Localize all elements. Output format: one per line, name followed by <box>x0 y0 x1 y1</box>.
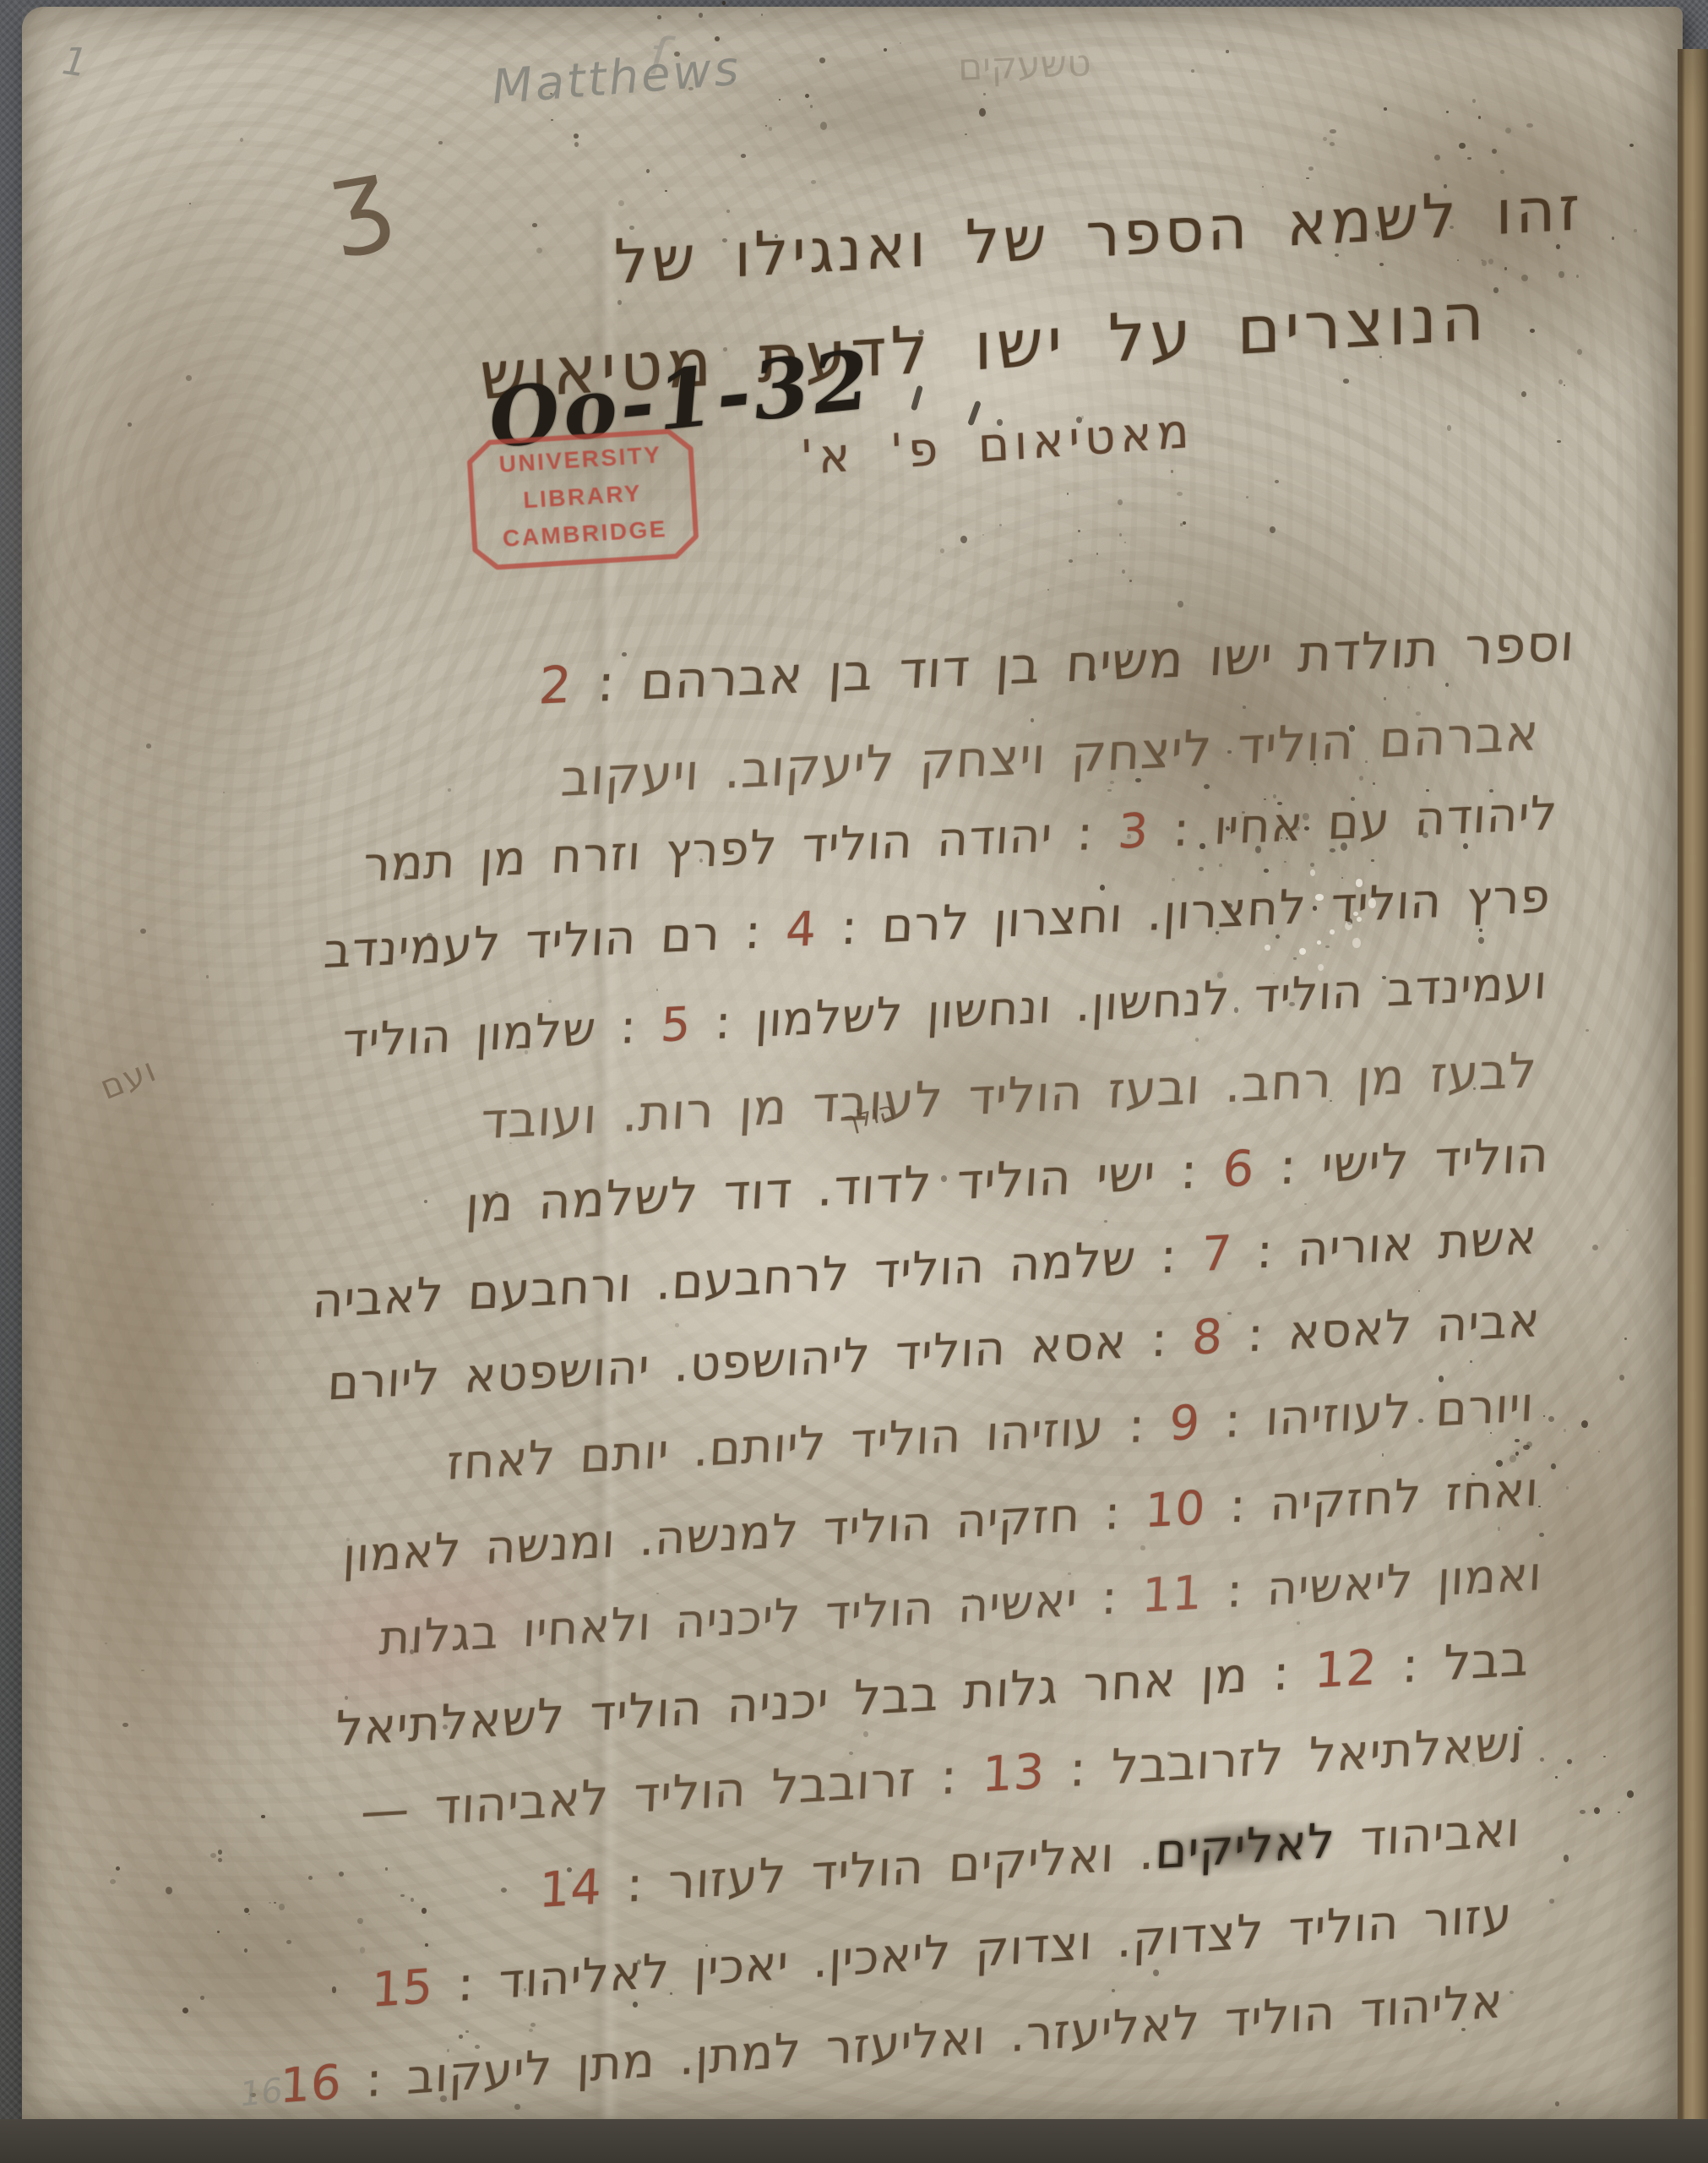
backdrop-cloth-bottom <box>0 2119 1708 2163</box>
faded-hebrew-annotation: טשעקים <box>957 41 1091 89</box>
stain-left-column <box>30 750 258 2035</box>
folio-number-pencil: 1 <box>59 37 90 86</box>
manuscript-text-line: אברהם הוליד ליצחק ויצחק ליעקוב. ויעקוב <box>559 703 1541 808</box>
parchment-page: 1 Matthews ſ טשעקים ʒ זהו לשמא הספר של ו… <box>22 7 1683 2134</box>
manuscript-text-line: וספר תולדת ישו משיח בן דוד בן אברהם : 2 <box>536 613 1576 716</box>
margin-note: ועם <box>95 1050 163 1108</box>
bottom-pencil-number: 16 <box>238 2071 285 2114</box>
library-stamp: UNIVERSITY LIBRARY CAMBRIDGE <box>464 426 701 573</box>
stain-left-upper <box>0 125 360 902</box>
hebrew-header-line-1: זהו לשמא הספר של ואנגילו של <box>614 172 1584 297</box>
manuscript-photo: 1 Matthews ſ טשעקים ʒ זהו לשמא הספר של ו… <box>0 0 1708 2163</box>
matthews-pencil-title: Matthews <box>490 41 743 116</box>
book-fore-edge <box>1678 49 1708 2148</box>
ink-flourish: ʒ <box>321 136 399 262</box>
